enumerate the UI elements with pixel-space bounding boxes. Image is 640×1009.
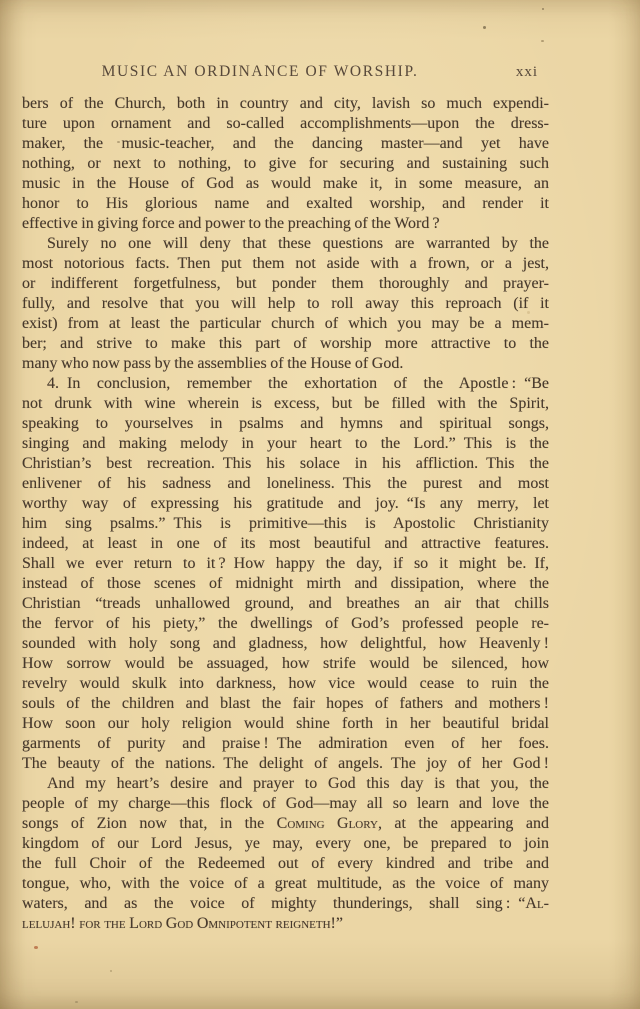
text-line: instead of those scenes of midnight mirt… [22,574,549,594]
paper-speck [542,8,544,10]
text-line: fully, and resolve that you will help to… [22,294,549,314]
text-line: tongue, who, with the voice of a great m… [22,874,549,894]
text-line: bers of the Church, both in country and … [22,94,549,114]
text-line: the full Choir of the Redeemed out of ev… [22,854,549,874]
paper-speck [34,946,38,949]
text-line: kingdom of our Lord Jesus, ye may, every… [22,834,549,854]
text-line: music in the House of God as would make … [22,174,549,194]
text-line: speaking to yourselves in psalms and hym… [22,414,549,434]
running-title: MUSIC AN ORDINANCE OF WORSHIP. [102,63,419,81]
text-line: How sorrow would be assuaged, how strife… [22,654,549,674]
page-body: bers of the Church, both in country and … [22,94,549,934]
text-line: many who now pass by the assemblies of t… [22,354,549,374]
text-line: most notorious facts. Then put them not … [22,254,549,274]
text-line: songs of Zion now that, in the Coming Gl… [22,814,549,834]
text-line: maker, the music-teacher, and the dancin… [22,134,549,154]
text-line: people of my charge—this flock of God—ma… [22,794,549,814]
text-line: Christian “treads unhallowed ground, and… [22,594,549,614]
text-line: souls of the children and blast the fair… [22,694,549,714]
text-line: honor to His glorious name and exalted w… [22,194,549,214]
text-line: waters, and as the voice of mighty thund… [22,894,549,914]
text-line: Christian’s best recreation. This his so… [22,454,549,474]
paper-speck [110,970,112,972]
text-line: sounded with holy song and gladness, how… [22,634,549,654]
text-line: enlivener of his sadness and loneliness.… [22,474,549,494]
text-line: 4. In conclusion, remember the exhortati… [22,374,549,394]
text-line: singing and making melody in your heart … [22,434,549,454]
text-line: And my heart’s desire and prayer to God … [22,774,549,794]
page-header: MUSIC AN ORDINANCE OF WORSHIP. xxi [22,63,549,83]
text-line: him sing psalms.” This is primitive—this… [22,514,549,534]
paper-speck [117,141,120,143]
book-page: MUSIC AN ORDINANCE OF WORSHIP. xxi bers … [0,0,640,1009]
paper-speck [75,1001,78,1003]
page-number: xxi [516,64,538,81]
text-line: nothing, or next to nothing, to give for… [22,154,549,174]
text-line: ber; and strive to make this part of wor… [22,334,549,354]
small-caps-text: Coming Glory [277,815,378,832]
text-line: The beauty of the nations. The delight o… [22,754,549,774]
text-line: the fervor of his piety,” the dwellings … [22,614,549,634]
text-line: garments of purity and praise ! The admi… [22,734,549,754]
paper-speck [541,40,544,42]
text-line: Shall we ever return to it ? How happy t… [22,554,549,574]
text-line: Surely no one will deny that these quest… [22,234,549,254]
paper-speck [527,311,530,314]
text-line: revelry would skulk into darkness, how v… [22,674,549,694]
text-line: worthy way of expressing his gratitude a… [22,494,549,514]
text-line: not drunk with wine wherein is excess, b… [22,394,549,414]
text-line: or indifferent forgetfulness, but ponder… [22,274,549,294]
text-line: How soon our holy religion would shine f… [22,714,549,734]
small-caps-text: lelujah! for the Lord God Omnipotent rei… [22,915,336,932]
small-caps-text: Al- [525,895,549,912]
text-line: effective in giving force and power to t… [22,214,549,234]
paper-speck [483,26,486,29]
text-line: indeed, at least in one of its most beau… [22,534,549,554]
text-line: exist) from at least the particular chur… [22,314,549,334]
text-line: ture upon ornament and so-called accompl… [22,114,549,134]
text-line: lelujah! for the Lord God Omnipotent rei… [22,914,549,934]
